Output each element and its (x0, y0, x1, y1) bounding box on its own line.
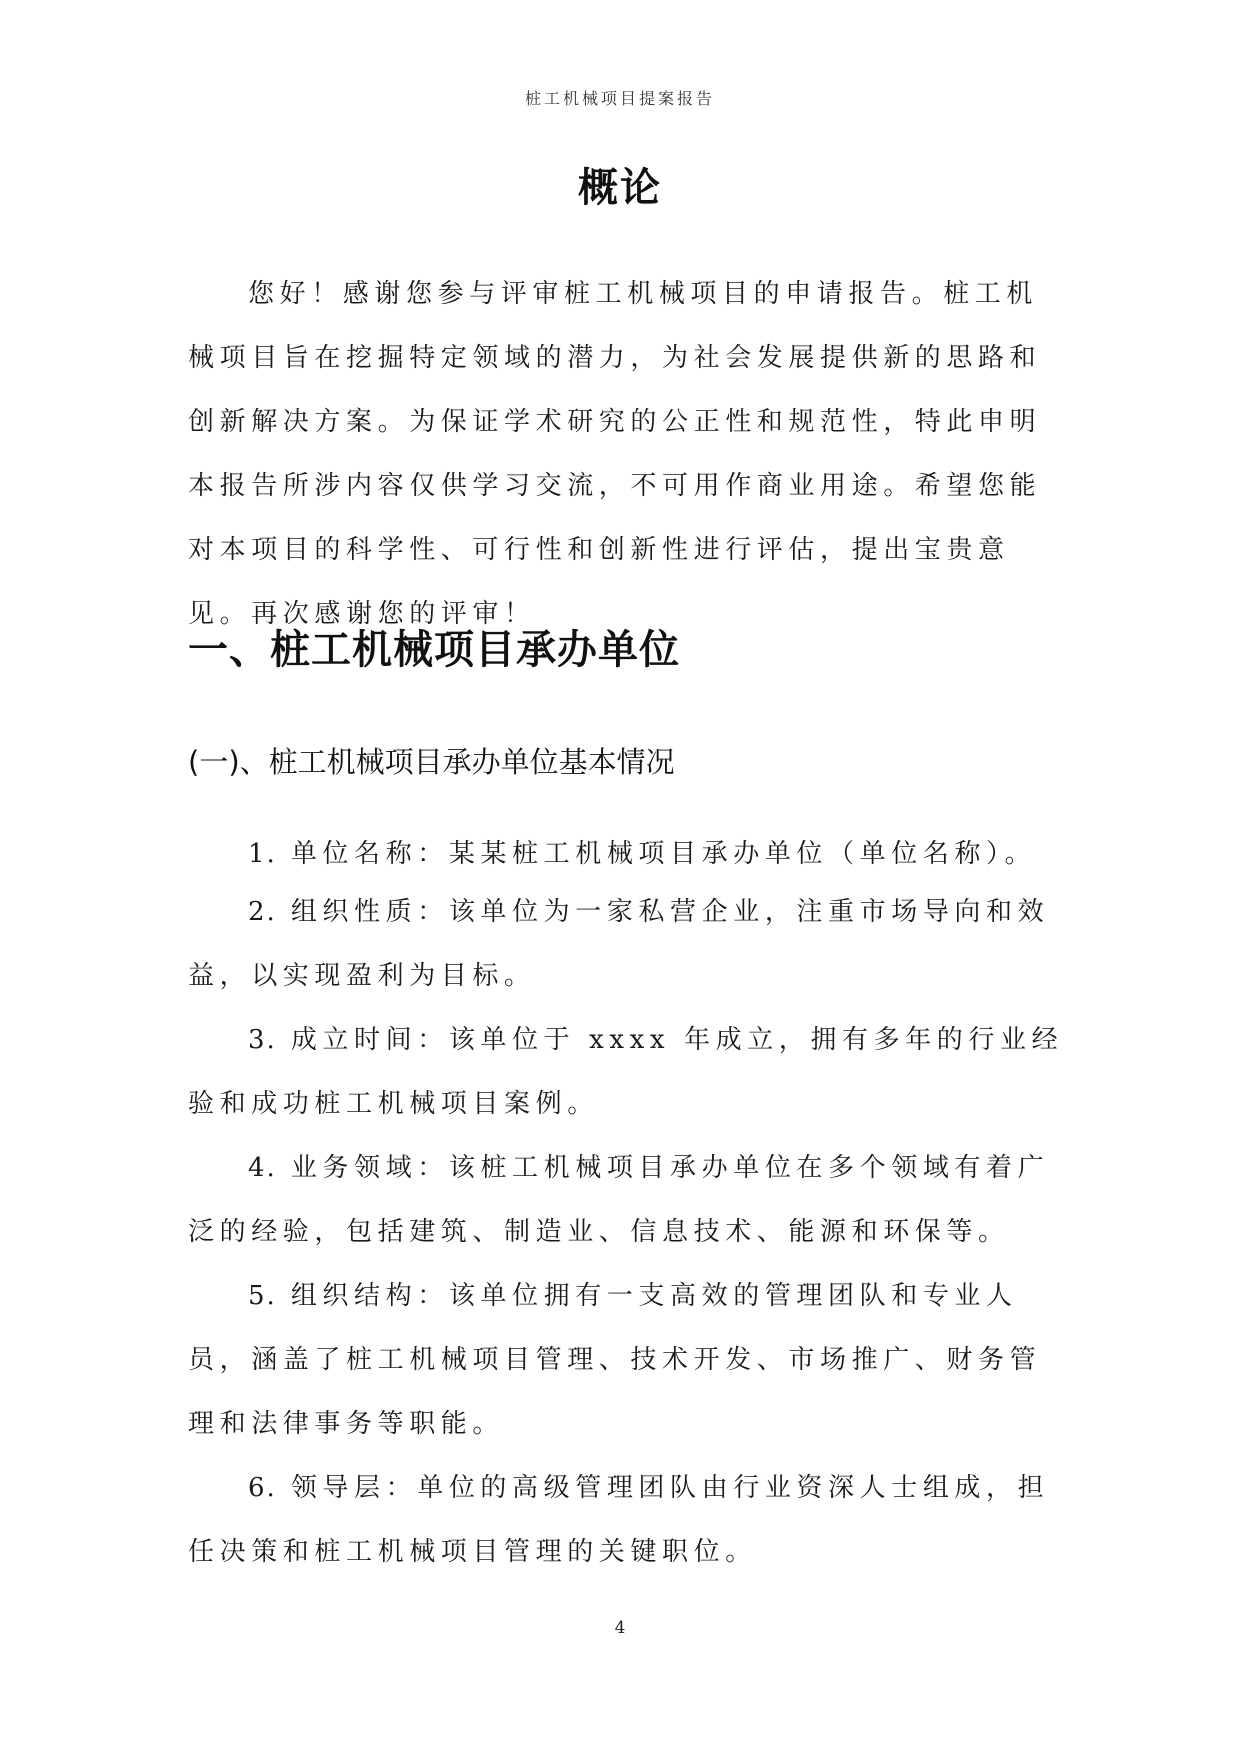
subsection-heading: (一)、桩工机械项目承办单位基本情况 (188, 740, 675, 781)
list-item-text: 领导层：单位的高级管理团队由行业资深人士组成，担任决策和桩工机械项目管理的关键职… (188, 1473, 1049, 1567)
list-item-number: 5. (248, 1281, 277, 1311)
list-item-text: 组织结构：该单位拥有一支高效的管理团队和专业人员，涵盖了桩工机械项目管理、技术开… (188, 1281, 1041, 1439)
list-item-1: 1.单位名称：某某桩工机械项目承办单位（单位名称）。 (188, 822, 1068, 886)
section-heading: 一、桩工机械项目承办单位 (188, 618, 680, 675)
list-item-number: 3. (248, 1025, 277, 1055)
list-item-6: 6.领导层：单位的高级管理团队由行业资深人士组成，担任决策和桩工机械项目管理的关… (188, 1456, 1068, 1584)
list-item-number: 2. (248, 897, 277, 927)
document-page: 桩工机械项目提案报告 概论 您好！感谢您参与评审桩工机械项目的申请报告。桩工机械… (0, 0, 1240, 1753)
list-item-2: 2.组织性质：该单位为一家私营企业，注重市场导向和效益，以实现盈利为目标。 (188, 880, 1068, 1008)
list-item-3: 3.成立时间：该单位于 xxxx 年成立，拥有多年的行业经验和成功桩工机械项目案… (188, 1008, 1068, 1136)
list-item-4: 4.业务领域：该桩工机械项目承办单位在多个领域有着广泛的经验，包括建筑、制造业、… (188, 1136, 1068, 1264)
page-number: 4 (0, 1618, 1240, 1638)
intro-paragraph: 您好！感谢您参与评审桩工机械项目的申请报告。桩工机械项目旨在挖掘特定领域的潜力，… (188, 262, 1068, 646)
list-item-text: 单位名称：某某桩工机械项目承办单位（单位名称）。 (291, 839, 1036, 869)
list-item-text: 组织性质：该单位为一家私营企业，注重市场导向和效益，以实现盈利为目标。 (188, 897, 1049, 991)
list-item-number: 6. (248, 1473, 277, 1503)
list-item-5: 5.组织结构：该单位拥有一支高效的管理团队和专业人员，涵盖了桩工机械项目管理、技… (188, 1264, 1068, 1456)
list-item-number: 4. (248, 1153, 277, 1183)
list-item-text: 成立时间：该单位于 xxxx 年成立，拥有多年的行业经验和成功桩工机械项目案例。 (188, 1025, 1063, 1119)
list-item-number: 1. (248, 839, 277, 869)
running-header: 桩工机械项目提案报告 (0, 86, 1240, 109)
list-item-text: 业务领域：该桩工机械项目承办单位在多个领域有着广泛的经验，包括建筑、制造业、信息… (188, 1153, 1049, 1247)
page-title: 概论 (0, 156, 1240, 213)
